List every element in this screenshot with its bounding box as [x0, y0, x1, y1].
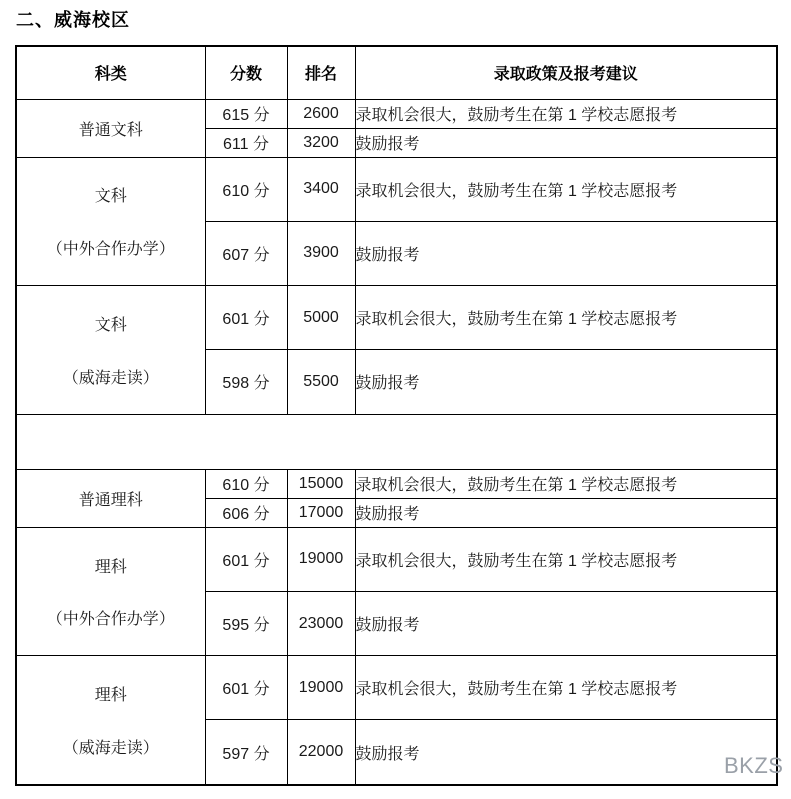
score-cell: 598 分 — [205, 350, 287, 414]
table-row: 普通理科610 分15000录取机会很大，鼓励考生在第 1 学校志愿报考 — [16, 469, 777, 498]
table-row: 普通文科615 分2600录取机会很大，鼓励考生在第 1 学校志愿报考 — [16, 99, 777, 128]
advice-cell: 录取机会很大，鼓励考生在第 1 学校志愿报考 — [355, 527, 777, 591]
advice-cell: 鼓励报考 — [355, 350, 777, 414]
category-lines: 文科（中外合作办学） — [17, 169, 205, 274]
advice-cell: 鼓励报考 — [355, 128, 777, 157]
header-category: 科类 — [16, 46, 205, 99]
table-row: 文科（中外合作办学）610 分3400录取机会很大，鼓励考生在第 1 学校志愿报… — [16, 157, 777, 221]
advice-cell: 鼓励报考 — [355, 221, 777, 285]
rank-cell: 3900 — [287, 221, 355, 285]
rank-cell: 15000 — [287, 469, 355, 498]
rank-cell: 5500 — [287, 350, 355, 414]
table-header-row: 科类 分数 排名 录取政策及报考建议 — [16, 46, 777, 99]
category-label: 文科 — [17, 169, 205, 222]
admission-score-table: 科类 分数 排名 录取政策及报考建议 普通文科615 分2600录取机会很大，鼓… — [15, 45, 778, 786]
table-row: 理科（中外合作办学）601 分19000录取机会很大，鼓励考生在第 1 学校志愿… — [16, 527, 777, 591]
category-cell: 文科（中外合作办学） — [16, 157, 205, 286]
score-cell: 610 分 — [205, 157, 287, 221]
category-cell: 普通文科 — [16, 99, 205, 157]
advice-cell: 鼓励报考 — [355, 498, 777, 527]
score-cell: 607 分 — [205, 221, 287, 285]
advice-cell: 鼓励报考 — [355, 591, 777, 655]
advice-cell: 录取机会很大，鼓励考生在第 1 学校志愿报考 — [355, 157, 777, 221]
advice-cell: 录取机会很大，鼓励考生在第 1 学校志愿报考 — [355, 286, 777, 350]
category-label: （中外合作办学） — [17, 221, 205, 274]
score-cell: 615 分 — [205, 99, 287, 128]
category-label: （威海走读） — [17, 350, 205, 403]
header-rank: 排名 — [287, 46, 355, 99]
category-lines: 理科（威海走读） — [17, 667, 205, 772]
category-label: 文科 — [17, 297, 205, 350]
category-lines: 理科（中外合作办学） — [17, 539, 205, 644]
rank-cell: 3200 — [287, 128, 355, 157]
header-advice: 录取政策及报考建议 — [355, 46, 777, 99]
spacer-cell — [16, 414, 777, 469]
category-cell: 理科（威海走读） — [16, 656, 205, 785]
rank-cell: 3400 — [287, 157, 355, 221]
table-body: 普通文科615 分2600录取机会很大，鼓励考生在第 1 学校志愿报考611 分… — [16, 99, 777, 785]
category-label: 普通文科 — [17, 117, 205, 140]
category-label: 理科 — [17, 667, 205, 720]
category-lines: 文科（威海走读） — [17, 297, 205, 402]
rank-cell: 2600 — [287, 99, 355, 128]
category-lines: 普通理科 — [17, 487, 205, 510]
category-label: 普通理科 — [17, 487, 205, 510]
table-row: 理科（威海走读）601 分19000录取机会很大，鼓励考生在第 1 学校志愿报考 — [16, 656, 777, 720]
rank-cell: 23000 — [287, 591, 355, 655]
score-cell: 597 分 — [205, 720, 287, 785]
category-label: （威海走读） — [17, 720, 205, 773]
rank-cell: 19000 — [287, 527, 355, 591]
category-label: （中外合作办学） — [17, 591, 205, 644]
watermark-bkzs: BKZS — [724, 753, 783, 779]
category-cell: 普通理科 — [16, 469, 205, 527]
category-cell: 理科（中外合作办学） — [16, 527, 205, 656]
score-cell: 595 分 — [205, 591, 287, 655]
rank-cell: 19000 — [287, 656, 355, 720]
category-label: 理科 — [17, 539, 205, 592]
rank-cell: 22000 — [287, 720, 355, 785]
spacer-row — [16, 414, 777, 469]
score-cell: 601 分 — [205, 286, 287, 350]
header-score: 分数 — [205, 46, 287, 99]
page: 二、威海校区 科类 分数 排名 录取政策及报考建议 普通文科615 分2600录… — [0, 0, 791, 799]
score-cell: 611 分 — [205, 128, 287, 157]
page-title: 二、威海校区 — [16, 6, 130, 32]
score-cell: 610 分 — [205, 469, 287, 498]
rank-cell: 17000 — [287, 498, 355, 527]
advice-cell: 鼓励报考 — [355, 720, 777, 785]
category-lines: 普通文科 — [17, 117, 205, 140]
advice-cell: 录取机会很大，鼓励考生在第 1 学校志愿报考 — [355, 469, 777, 498]
rank-cell: 5000 — [287, 286, 355, 350]
category-cell: 文科（威海走读） — [16, 286, 205, 415]
score-cell: 601 分 — [205, 656, 287, 720]
advice-cell: 录取机会很大，鼓励考生在第 1 学校志愿报考 — [355, 99, 777, 128]
score-cell: 601 分 — [205, 527, 287, 591]
score-cell: 606 分 — [205, 498, 287, 527]
advice-cell: 录取机会很大，鼓励考生在第 1 学校志愿报考 — [355, 656, 777, 720]
table-row: 文科（威海走读）601 分5000录取机会很大，鼓励考生在第 1 学校志愿报考 — [16, 286, 777, 350]
